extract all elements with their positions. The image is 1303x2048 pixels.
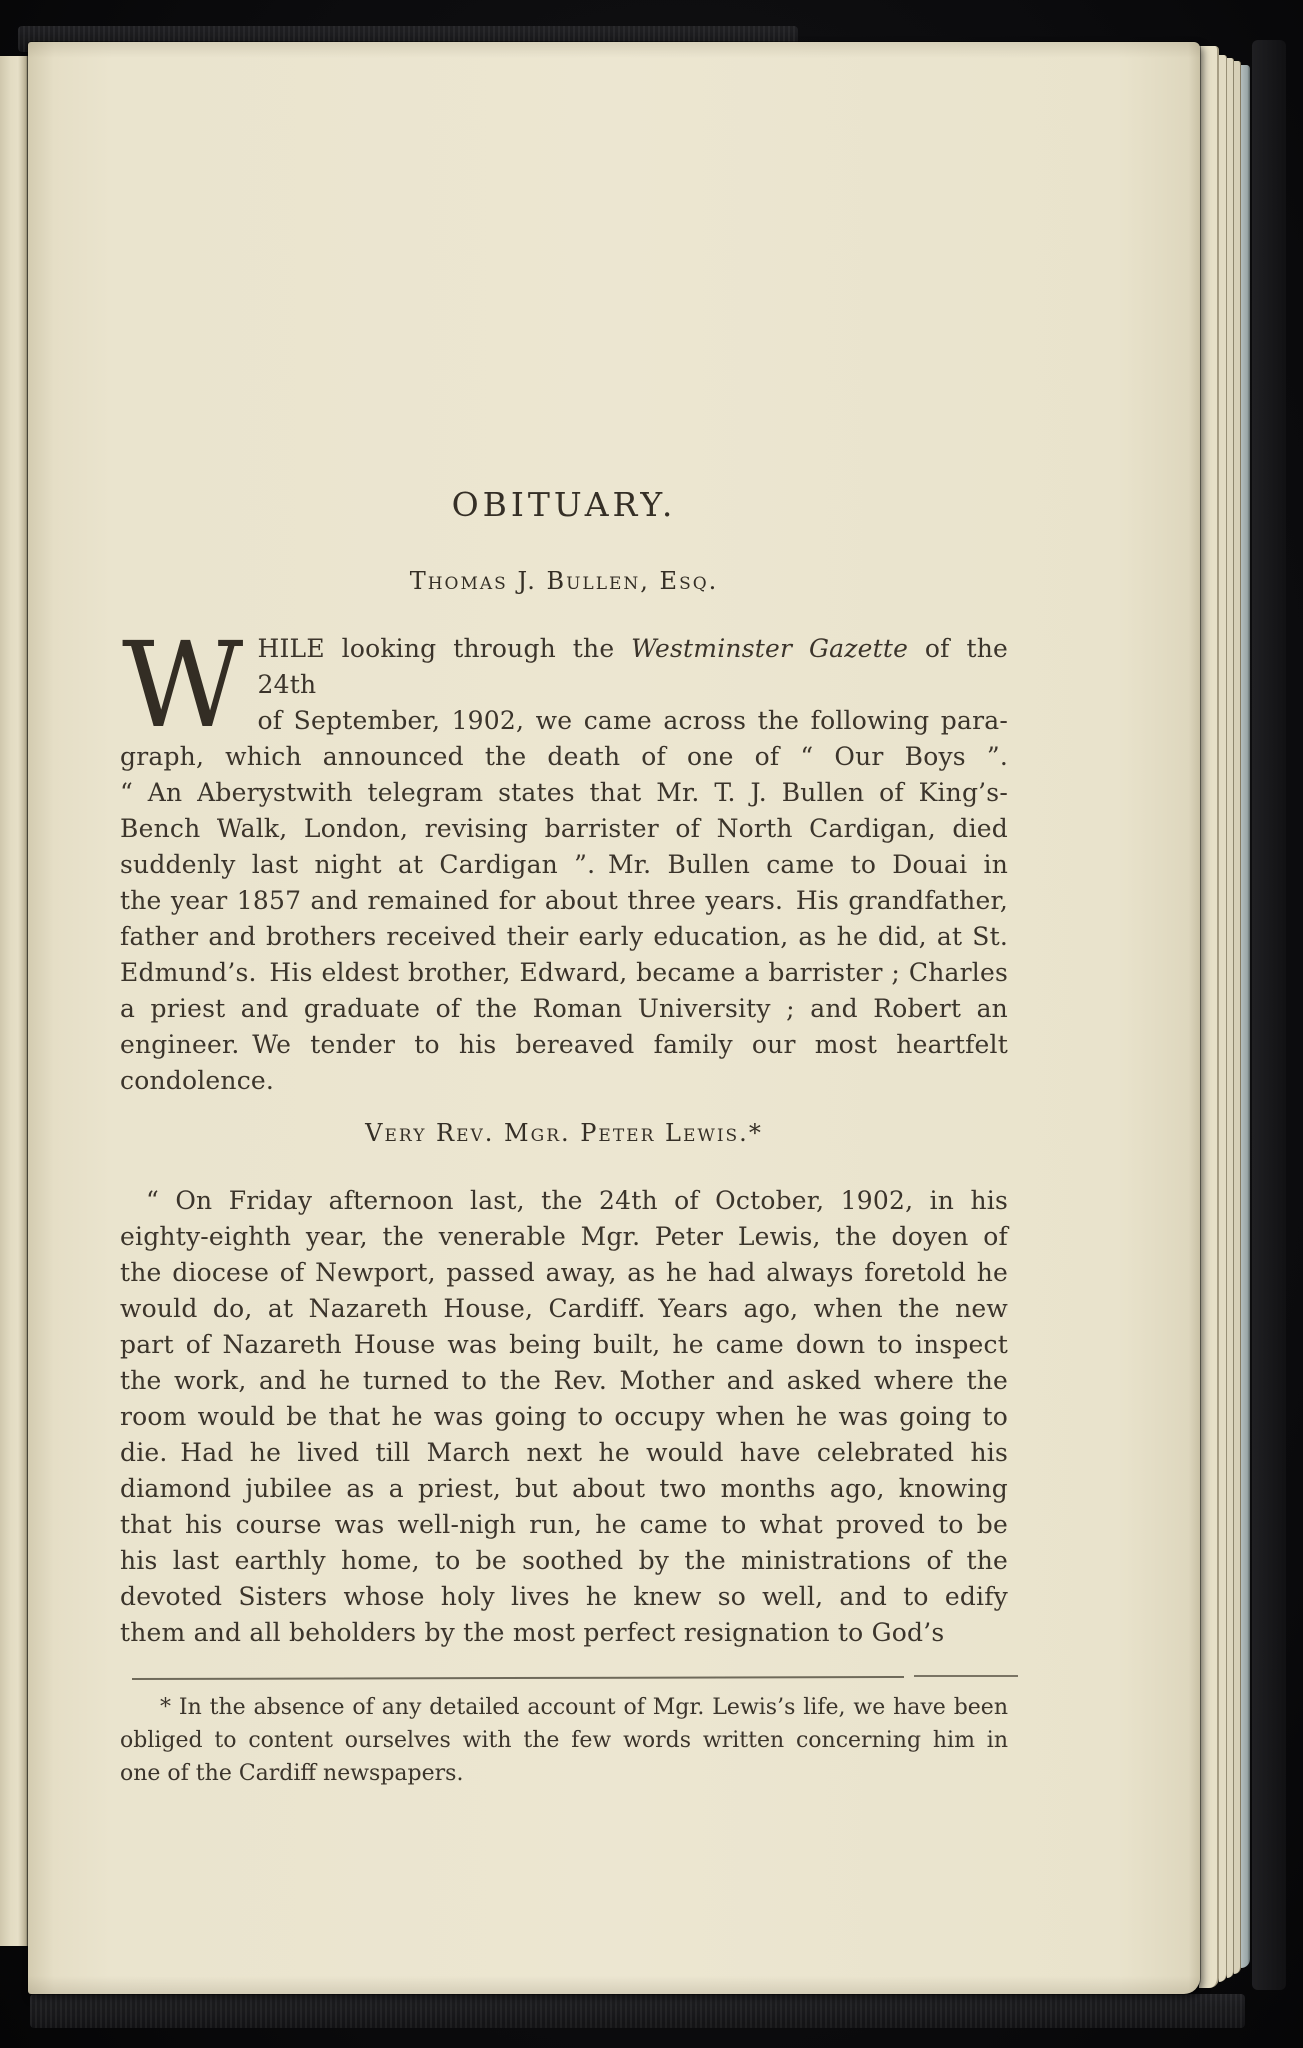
page-edge-strip-blue	[1241, 65, 1250, 1968]
text-line: of September, 1902, we came across the f…	[120, 703, 1008, 739]
text-block: OBITUARY. Thomas J. Bullen, Esq. WHILE l…	[120, 42, 1008, 1790]
text-line: obliged to content ourselves with the fe…	[120, 1724, 1008, 1757]
text-line: part of Nazareth House was being built, …	[120, 1327, 1008, 1363]
footnote-divider-segment	[914, 1675, 1018, 1677]
text-line: graph, which announced the death of one …	[120, 739, 1008, 775]
text-line: die. Had he lived till March next he wou…	[120, 1435, 1008, 1471]
text-line: “ On Friday afternoon last, the 24th of …	[120, 1183, 1008, 1219]
obituary-section-lewis: Very Rev. Mgr. Peter Lewis.* “ On Friday…	[120, 1119, 1008, 1651]
section-heading: Very Rev. Mgr. Peter Lewis.*	[120, 1119, 1008, 1147]
text-line: one of the Cardiff newspapers.	[120, 1757, 1008, 1790]
footnote-divider	[132, 1675, 1018, 1679]
text-line: suddenly last night at Cardigan ”. Mr. B…	[120, 847, 1008, 883]
text-line: “ An Aberystwith telegram states that Mr…	[120, 775, 1008, 811]
text-line: the diocese of Newport, passed away, as …	[120, 1255, 1008, 1291]
text-line: * In the absence of any detailed account…	[120, 1691, 1008, 1724]
text-line: the year 1857 and remained for about thr…	[120, 883, 1008, 919]
text-line: Bench Walk, London, revising barrister o…	[120, 811, 1008, 847]
page-edge-strip	[1227, 58, 1234, 1978]
text-line: Edmund’s. His eldest brother, Edward, be…	[120, 955, 1008, 991]
text-line: devoted Sisters whose holy lives he knew…	[120, 1579, 1008, 1615]
page-edge-strip	[1219, 55, 1227, 1982]
obituary-section-bullen: Thomas J. Bullen, Esq. WHILE looking thr…	[120, 567, 1008, 1099]
page-title: OBITUARY.	[120, 487, 1008, 523]
obituary-paragraph: “ On Friday afternoon last, the 24th of …	[120, 1183, 1008, 1651]
text-line: that his course was well-nigh run, he ca…	[120, 1507, 1008, 1543]
text-line: eighty-eighth year, the venerable Mgr. P…	[120, 1219, 1008, 1255]
footnote: * In the absence of any detailed account…	[120, 1691, 1008, 1790]
text-line: his last earthly home, to be soothed by …	[120, 1543, 1008, 1579]
section-heading: Thomas J. Bullen, Esq.	[120, 567, 1008, 595]
drop-cap: W	[122, 635, 243, 737]
text-line: engineer. We tender to his bereaved fami…	[120, 1027, 1008, 1063]
text-line: a priest and graduate of the Roman Unive…	[120, 991, 1008, 1027]
text-line: them and all beholders by the most perfe…	[120, 1615, 1008, 1651]
obituary-paragraph: WHILE looking through the Westminster Ga…	[120, 631, 1008, 1099]
footnote-divider-segment	[132, 1676, 904, 1680]
facing-page-edge	[0, 56, 30, 1946]
text-line: diamond jubilee as a priest, but about t…	[120, 1471, 1008, 1507]
text-line: WHILE looking through the Westminster Ga…	[120, 631, 1008, 703]
text-line: condolence.	[120, 1063, 1008, 1099]
text-line: father and brothers received their early…	[120, 919, 1008, 955]
scanned-page: OBITUARY. Thomas J. Bullen, Esq. WHILE l…	[28, 42, 1200, 1994]
text-line: the work, and he turned to the Rev. Moth…	[120, 1363, 1008, 1399]
text-line: room would be that he was going to occup…	[120, 1399, 1008, 1435]
text-line: would do, at Nazareth House, Cardiff. Ye…	[120, 1291, 1008, 1327]
page-edge-strip	[1199, 46, 1219, 1988]
page-edge-strip	[1234, 61, 1241, 1974]
